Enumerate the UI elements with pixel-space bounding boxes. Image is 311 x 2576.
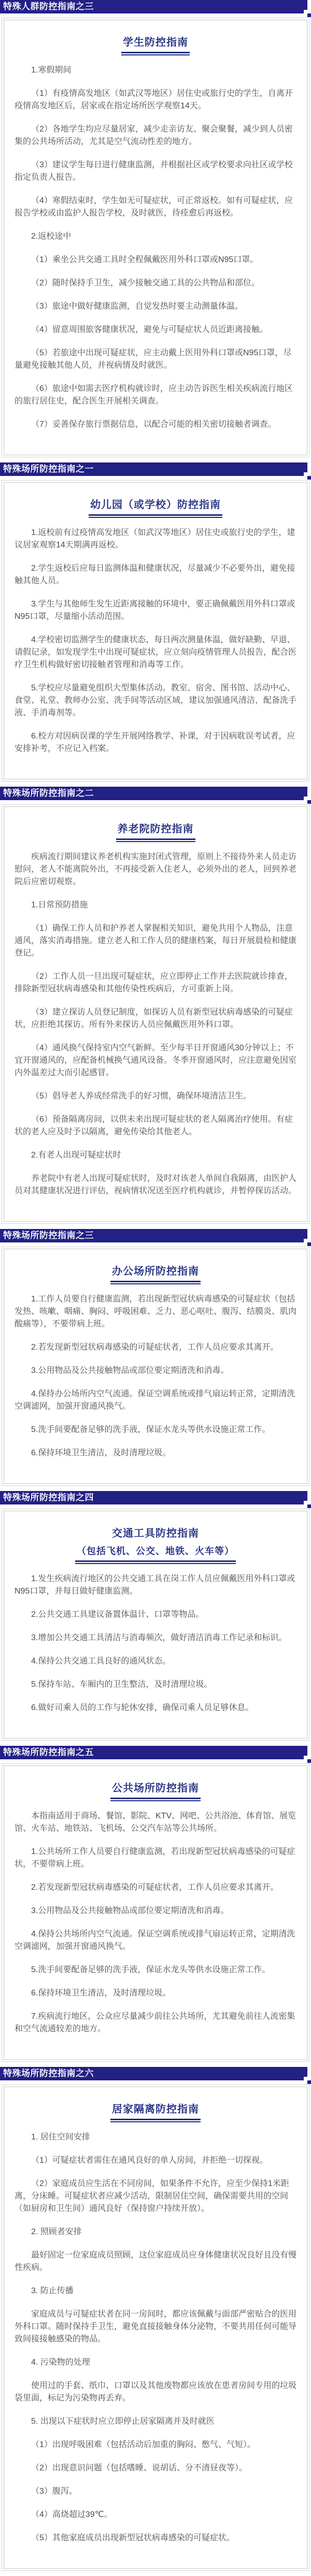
guideline-paragraph: （4）高烧超过39℃。 xyxy=(15,2509,296,2521)
guideline-paragraph: （6）预备隔离房间，以供未来出现可疑症状的老人隔离治疗使用。有症状的老人应及时予… xyxy=(15,1113,296,1138)
guideline-paragraph: （3）建立探访人员登记制度，如探访人员有新型冠状病毒感染的可疑症状，应拒绝其探访… xyxy=(15,1006,296,1031)
section-header-label: 特殊人群防控指南之三 xyxy=(3,2,94,11)
guideline-paragraph: （3）旅途中做好健康监测，自觉发热时要主动测量体温。 xyxy=(15,300,296,313)
guideline-paragraph: 1.工作人员要自行健康监测，若出现新型冠状病毒感染的可疑症状（包括发热、咳嗽、咽… xyxy=(15,1293,296,1330)
card-title-block: 交通工具防控指南 （包括飞机、公交、地铁、火车等） xyxy=(15,1525,296,1562)
guideline-paragraph: 6.保持环境卫生清洁，及时清理垃圾。 xyxy=(15,1447,296,1459)
guideline-paragraph: （4）通风换气保持室内空气新鲜。至少每半日开窗通风30分钟以上；不宜开窗通风的，… xyxy=(15,1042,296,1079)
guideline-paragraph: 6.做好司乘人员的工作与轮休安排，确保司乘人员足够休息。 xyxy=(15,1702,296,1714)
guideline-paragraph: 1. 居住空间安排 xyxy=(15,2131,296,2144)
guide-section: 特殊场所防控指南之五 公共场所防控指南 本指南适用于商场、餐馆、影院、KTV、网… xyxy=(0,1746,311,2062)
guideline-paragraph: （3）腹泻。 xyxy=(15,2485,296,2498)
guideline-paragraph: 1.返校前有过疫情高发地区（如武汉等地区）居住史或旅行史的学生，建议居家观察14… xyxy=(15,527,296,552)
guideline-paragraph: 3.公用物品及公共接触物品或部位要定期清洗和消毒。 xyxy=(15,1905,296,1917)
section-header-bar: 特殊场所防控指南之一 xyxy=(0,462,307,476)
guide-card: 办公场所防控指南 1.工作人员要自行健康监测，若出现新型冠状病毒感染的可疑症状（… xyxy=(2,1247,309,1486)
guideline-paragraph: 4.保持办公场所内空气流通。保证空调系统或排气扇运转正常，定期清洗空调滤网，加强… xyxy=(15,1388,296,1413)
guide-card-body: 交通工具防控指南 （包括飞机、公交、地铁、火车等） 1.发生疾病流行地区的公共交… xyxy=(4,1511,307,1739)
guide-card-body: 公共场所防控指南 本指南适用于商场、餐馆、影院、KTV、网吧、公共浴池、体育馆、… xyxy=(4,1765,307,2060)
guideline-paragraph: 5.洗手间要配备足够的洗手液，保证水龙头等供水设施正常工作。 xyxy=(15,1964,296,1976)
guideline-paragraph: （2）工作人员一旦出现可疑症状，应立即停止工作并去医院就诊排查，排除新型冠状病毒… xyxy=(15,971,296,995)
guideline-paragraph: （5）若旅途中出现可疑症状，应主动戴上医用外科口罩或N95口罩，尽量避免接触其他… xyxy=(15,347,296,372)
guideline-paragraph: （2）随时保持手卫生，减少接触交通工具的公共物品和部位。 xyxy=(15,277,296,290)
guideline-paragraph: 2. 照顾者安排 xyxy=(15,2226,296,2238)
guideline-paragraph: 使用过的手套、纸巾、口罩以及其他废物都应该放在患者房间专用的垃圾袋里面，标记为污… xyxy=(15,2380,296,2405)
guide-section: 特殊场所防控指南之二 养老院防控指南 疾病流行期间建议养老机构实施封闭式管理，原… xyxy=(0,787,311,1224)
guideline-paragraph: 疾病流行期间建议养老机构实施封闭式管理，原则上不接待外来人员走访慰问，老人不能离… xyxy=(15,851,296,888)
section-header-bar: 特殊场所防控指南之二 xyxy=(0,787,307,800)
guide-card-body: 幼儿园（或学校）防控指南 1.返校前有过疫情高发地区（如武汉等地区）居住史或旅行… xyxy=(4,482,307,779)
guideline-paragraph: 5.洗手间要配备足够的洗手液，保证水龙头等供水设施正常工作。 xyxy=(15,1424,296,1436)
section-header-label: 特殊场所防控指南之一 xyxy=(3,464,94,474)
guide-section: 特殊场所防控指南之一 幼儿园（或学校）防控指南 1.返校前有过疫情高发地区（如武… xyxy=(0,462,311,782)
guideline-paragraph: 3.公用物品及公共接触物品或部位要定期清洗和消毒。 xyxy=(15,1365,296,1377)
guide-section: 特殊人群防控指南之三 学生防控指南 1.寒假期间 （1）有疫情高发地区（如武汉等… xyxy=(0,0,311,457)
guideline-paragraph: 3. 防止传播 xyxy=(15,2285,296,2297)
section-header-bar: 特殊场所防控指南之五 xyxy=(0,1746,307,1759)
guideline-paragraph: （2）家庭成员应生活在不同房间，如果条件不允许，应至少保持1米距离，分床睡。可疑… xyxy=(15,2178,296,2215)
card-title-text: 幼儿园（或学校）防控指南 xyxy=(89,496,222,516)
guideline-paragraph: （1）确保工作人员和护养老人掌握相关知识，避免共用个人物品，注意通风，落实消毒措… xyxy=(15,922,296,960)
card-title-block: 养老院防控指南 xyxy=(15,820,296,840)
guideline-paragraph: 家庭成员与可疑症状者在同一房间时，都应该佩戴与面部严密贴合的医用外科口罩。随时保… xyxy=(15,2308,296,2346)
guideline-paragraph: （7）妥善保存旅行票据信息，以配合可能的相关密切接触者调查。 xyxy=(15,418,296,431)
guide-section: 特殊场所防控指南之六 居家隔离防控指南 1. 居住空间安排 （1）可疑症状者需住… xyxy=(0,2067,311,2571)
guideline-paragraph: （2）各地学生均应尽量居家，减少走亲访友、聚会聚餐，减少到人员密集的公共场所活动… xyxy=(15,123,296,148)
guideline-paragraph: 4.保持公共场所内空气流通。保证空调系统或排气扇运转正常，定期清洗空调滤网，加强… xyxy=(15,1928,296,1953)
guideline-paragraph: 6.保持环境卫生清洁，及时清理垃圾。 xyxy=(15,1987,296,2000)
guide-card: 公共场所防控指南 本指南适用于商场、餐馆、影院、KTV、网吧、公共浴池、体育馆、… xyxy=(2,1763,309,2062)
card-title-block: 幼儿园（或学校）防控指南 xyxy=(15,496,296,516)
guideline-paragraph: 5.保持车站、车厢内的卫生整洁，及时清理垃圾。 xyxy=(15,1678,296,1691)
guide-section: 特殊场所防控指南之三 办公场所防控指南 1.工作人员要自行健康监测，若出现新型冠… xyxy=(0,1229,311,1486)
guideline-paragraph: （4）留意周围旅客健康状况，避免与可疑症状人员近距离接触。 xyxy=(15,324,296,336)
guideline-paragraph: 3.学生与其他师生发生近距离接触的环境中，要正确佩戴医用外科口罩或N95口罩，尽… xyxy=(15,598,296,623)
guide-card: 学生防控指南 1.寒假期间 （1）有疫情高发地区（如武汉等地区）居住史或旅行史的… xyxy=(2,18,309,457)
section-header-label: 特殊场所防控指南之五 xyxy=(3,1747,94,1757)
card-title-text: 养老院防控指南 xyxy=(116,820,195,840)
guideline-paragraph: 本指南适用于商场、餐馆、影院、KTV、网吧、公共浴池、体育馆、展览馆、火车站、地… xyxy=(15,1810,296,1835)
guideline-paragraph: 2.返校途中 xyxy=(15,230,296,243)
guideline-paragraph: （6）旅途中如需去医疗机构就诊时，应主动告诉医生相关疾病流行地区的旅行居住史，配… xyxy=(15,383,296,408)
guideline-paragraph: （4）寒假结束时，学生如无可疑症状，可正常返校。如有可疑症状，应报告学校或由监护… xyxy=(15,195,296,220)
guideline-paragraph: 最好固定一位家庭成员照顾，这位家庭成员应身体健康状况良好且没有慢性疾病。 xyxy=(15,2249,296,2274)
guideline-paragraph: 养老院中有老人出现可疑症状时，及时对该老人单间自我隔离，由医护人员对其健康状况进… xyxy=(15,1173,296,1197)
guideline-paragraph: 2.有老人出现可疑症状时 xyxy=(15,1149,296,1162)
section-header-label: 特殊场所防控指南之六 xyxy=(3,2068,94,2078)
card-title-text: 公共场所防控指南 xyxy=(110,1779,201,1799)
card-title-block: 居家隔离防控指南 xyxy=(15,2101,296,2120)
guideline-document: 特殊人群防控指南之三 学生防控指南 1.寒假期间 （1）有疫情高发地区（如武汉等… xyxy=(0,0,311,2571)
guideline-paragraph: 1.寒假期间 xyxy=(15,64,296,77)
section-header-bar: 特殊场所防控指南之六 xyxy=(0,2067,307,2080)
guideline-paragraph: 2.公共交通工具建议备置体温计、口罩等物品。 xyxy=(15,1609,296,1621)
card-title-block: 学生防控指南 xyxy=(15,34,296,53)
guide-section: 特殊场所防控指南之四 交通工具防控指南 （包括飞机、公交、地铁、火车等） 1.发… xyxy=(0,1491,311,1741)
guide-card: 居家隔离防控指南 1. 居住空间安排 （1）可疑症状者需住在通风良好的单人房间，… xyxy=(2,2085,309,2571)
section-header-label: 特殊场所防控指南之四 xyxy=(3,1493,94,1502)
guideline-paragraph: 1.发生疾病流行地区的公共交通工具在岗工作人员应佩戴医用外科口罩或N95口罩，并… xyxy=(15,1573,296,1598)
section-header-bar: 特殊场所防控指南之四 xyxy=(0,1491,307,1504)
guideline-paragraph: （3）建议学生每日进行健康监测，并根据社区或学校要求向社区或学校指定负责人报告。 xyxy=(15,159,296,184)
section-header-bar: 特殊场所防控指南之三 xyxy=(0,1229,307,1242)
guide-card-body: 学生防控指南 1.寒假期间 （1）有疫情高发地区（如武汉等地区）居住史或旅行史的… xyxy=(4,20,307,455)
guideline-paragraph: 2.若发现新型冠状病毒感染的可疑症状者，工作人员应要求其离开。 xyxy=(15,1341,296,1354)
guideline-paragraph: 1.公共场所工作人员要自行健康监测，若出现新型冠状病毒感染的可疑症状，不要带病上… xyxy=(15,1846,296,1871)
guide-card: 交通工具防控指南 （包括飞机、公交、地铁、火车等） 1.发生疾病流行地区的公共交… xyxy=(2,1509,309,1741)
card-title-block: 办公场所防控指南 xyxy=(15,1263,296,1282)
guide-card: 养老院防控指南 疾病流行期间建议养老机构实施封闭式管理，原则上不接待外来人员走访… xyxy=(2,804,309,1224)
guide-card: 幼儿园（或学校）防控指南 1.返校前有过疫情高发地区（如武汉等地区）居住史或旅行… xyxy=(2,480,309,782)
guideline-paragraph: 3.增加公共交通工具清洁与消毒频次，做好清洁消毒工作记录和标识。 xyxy=(15,1632,296,1644)
card-title-text: 学生防控指南 xyxy=(121,34,190,53)
card-title-text: 办公场所防控指南 xyxy=(110,1263,201,1282)
guideline-paragraph: 2.若发现新型冠状病毒感染的可疑症状者，工作人员应要求其离开。 xyxy=(15,1882,296,1894)
guide-card-body: 办公场所防控指南 1.工作人员要自行健康监测，若出现新型冠状病毒感染的可疑症状（… xyxy=(4,1249,307,1484)
guideline-paragraph: 6.校方对因病误课的学生开展网络教学、补课，对于因病耽误考试者，应安排补考，不应… xyxy=(15,730,296,755)
section-header-label: 特殊场所防控指南之三 xyxy=(3,1231,94,1240)
guideline-paragraph: （2）出现意识问题（包括嗜睡、说胡话、分不清昼夜等）。 xyxy=(15,2462,296,2474)
guideline-paragraph: 4.保持公共交通工具良好的通风状态。 xyxy=(15,1655,296,1668)
card-title-text: 交通工具防控指南 xyxy=(112,1528,199,1539)
guide-card-body: 养老院防控指南 疾病流行期间建议养老机构实施封闭式管理，原则上不接待外来人员走访… xyxy=(4,806,307,1222)
guideline-paragraph: （1）有疫情高发地区（如武汉等地区）居住史或旅行史的学生，自离开疫情高发地区后，… xyxy=(15,88,296,112)
guideline-paragraph: 7.疾病流行地区，公众应尽量减少前往公共场所，尤其避免前往人流密集和空气流通较差… xyxy=(15,2010,296,2035)
card-title-block: 公共场所防控指南 xyxy=(15,1779,296,1799)
section-header-label: 特殊场所防控指南之二 xyxy=(3,788,94,798)
guideline-paragraph: （1）可疑症状者需住在通风良好的单人房间，并拒绝一切探视。 xyxy=(15,2154,296,2167)
guideline-paragraph: 5.学校应尽量避免组织大型集体活动。教室、宿舍、图书馆、活动中心、食堂、礼堂、教… xyxy=(15,682,296,719)
guideline-paragraph: 4.学校密切监测学生的健康状态，每日两次测量体温，做好缺勤、早退、请假记录，如发… xyxy=(15,634,296,671)
guideline-paragraph: 2.学生返校后应每日监测体温和健康状况，尽量减少不必要外出，避免接触其他人员。 xyxy=(15,562,296,587)
guideline-paragraph: （1）乘坐公共交通工具时全程佩戴医用外科口罩或N95口罩。 xyxy=(15,254,296,266)
section-header-bar: 特殊人群防控指南之三 xyxy=(0,0,307,13)
guideline-paragraph: 1.日常预防措施 xyxy=(15,899,296,911)
guide-card-body: 居家隔离防控指南 1. 居住空间安排 （1）可疑症状者需住在通风良好的单人房间，… xyxy=(4,2087,307,2569)
guideline-paragraph: （5）其他家庭成员出现新型冠状病毒感染的可疑症状。 xyxy=(15,2532,296,2544)
guideline-paragraph: 4. 污染物的处理 xyxy=(15,2356,296,2369)
guideline-paragraph: （5）倡导老人养成经常洗手的好习惯，确保环境清洁卫生。 xyxy=(15,1090,296,1103)
guideline-paragraph: （1）出现呼吸困难（包括活动后加重的胸闷、憋气、气短）。 xyxy=(15,2439,296,2451)
card-title-text: 居家隔离防控指南 xyxy=(110,2101,201,2120)
card-subtitle-text: （包括飞机、公交、地铁、火车等） xyxy=(75,1544,236,1562)
guideline-paragraph: 5. 出现以下症状时应立即停止居家隔离并及时就医 xyxy=(15,2415,296,2428)
